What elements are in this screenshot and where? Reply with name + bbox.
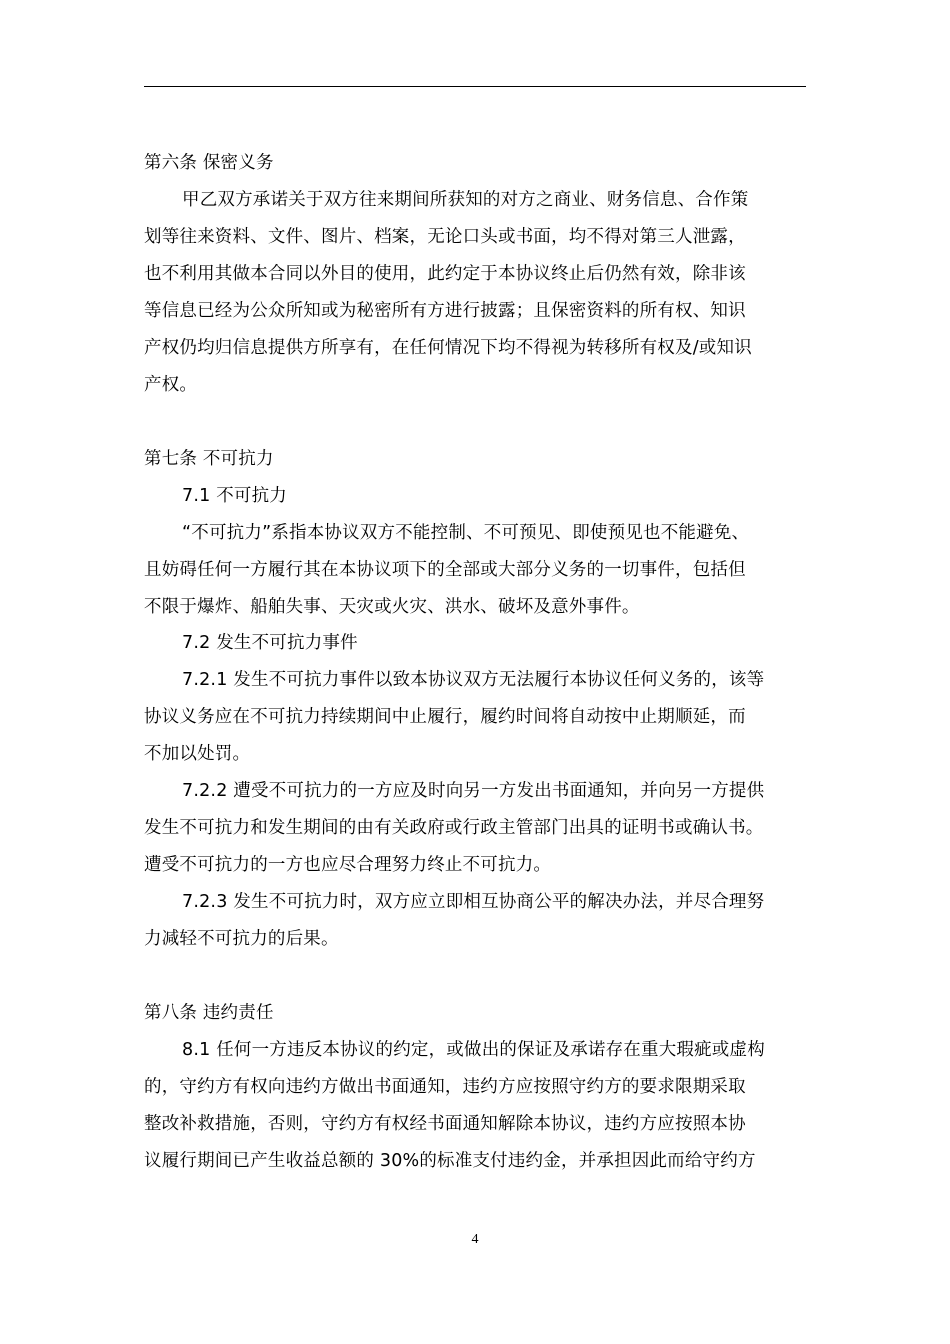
section-heading: 第八条 违约责任: [144, 1002, 274, 1024]
text-line: 不限于爆炸、船舶失事、天灾或火灾、洪水、破坏及意外事件。: [144, 596, 640, 618]
text-line: 发生不可抗力和发生期间的由有关政府或行政主管部门出具的证明书或确认书。: [144, 817, 764, 839]
header-rule: [144, 86, 806, 87]
page-number: 4: [0, 1232, 950, 1248]
text-line: 且妨碍任何一方履行其在本协议项下的全部或大部分义务的一切事件，包括但: [144, 559, 746, 581]
text-line: 7.2 发生不可抗力事件: [182, 632, 358, 654]
text-line: 7.2.1 发生不可抗力事件以致本协议双方无法履行本协议任何义务的，该等: [182, 669, 764, 691]
text-line: 划等往来资料、文件、图片、档案，无论口头或书面，均不得对第三人泄露，: [144, 226, 746, 248]
text-line: 的，守约方有权向违约方做出书面通知，违约方应按照守约方的要求限期采取: [144, 1076, 746, 1098]
text-line: 整改补救措施，否则，守约方有权经书面通知解除本协议，违约方应按照本协: [144, 1113, 746, 1135]
section-heading: 第六条 保密义务: [144, 152, 274, 174]
text-line: 力减轻不可抗力的后果。: [144, 928, 339, 950]
text-line: 等信息已经为公众所知或为秘密所有方进行披露；且保密资料的所有权、知识: [144, 300, 746, 322]
text-line: 遭受不可抗力的一方也应尽合理努力终止不可抗力。: [144, 854, 551, 876]
text-line: 不加以处罚。: [144, 743, 250, 765]
section-heading: 第七条 不可抗力: [144, 448, 274, 470]
text-line: 议履行期间已产生收益总额的 30%的标准支付违约金，并承担因此而给守约方: [144, 1150, 756, 1172]
text-line: 7.1 不可抗力: [182, 485, 287, 507]
text-line: 产权仍均归信息提供方所享有，在任何情况下均不得视为转移所有权及/或知识: [144, 337, 752, 359]
text-line: 8.1 任何一方违反本协议的约定，或做出的保证及承诺存在重大瑕疵或虚构: [182, 1039, 765, 1061]
text-line: 协议义务应在不可抗力持续期间中止履行，履约时间将自动按中止期顺延，而: [144, 706, 746, 728]
text-line: “不可抗力”系指本协议双方不能控制、不可预见、即使预见也不能避免、: [182, 522, 749, 544]
text-line: 7.2.3 发生不可抗力时，双方应立即相互协商公平的解决办法，并尽合理努: [182, 891, 764, 913]
text-line: 7.2.2 遭受不可抗力的一方应及时向另一方发出书面通知，并向另一方提供: [182, 780, 764, 802]
text-line: 也不利用其做本合同以外目的使用，此约定于本协议终止后仍然有效，除非该: [144, 263, 746, 285]
text-line: 甲乙双方承诺关于双方往来期间所获知的对方之商业、财务信息、合作策: [182, 189, 748, 211]
text-line: 产权。: [144, 374, 197, 396]
